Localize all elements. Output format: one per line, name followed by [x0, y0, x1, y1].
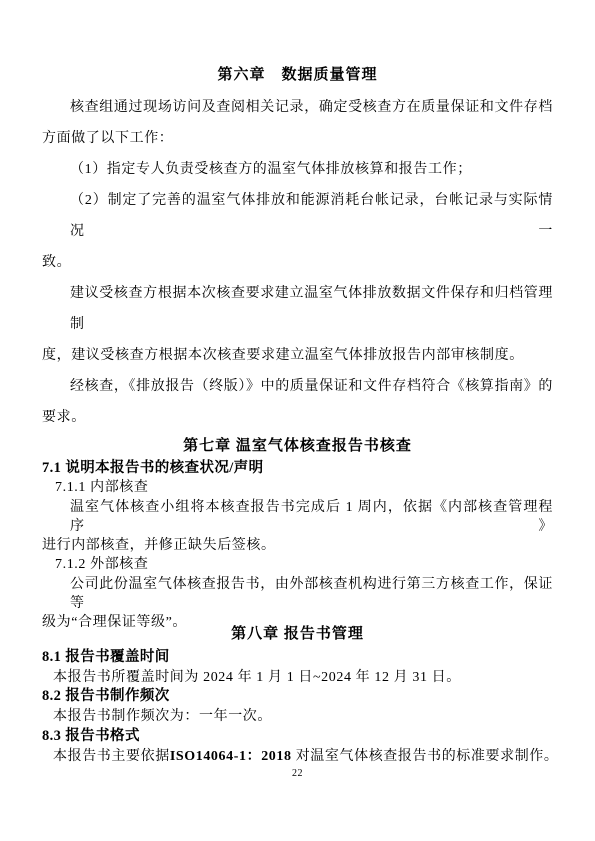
- section-7-1-1-heading: 7.1.1 内部核查: [42, 478, 553, 497]
- paragraph-line: 度，建议受核查方根据本次核查要求建立温室气体排放报告内部审核制度。: [42, 340, 553, 371]
- paragraph-text: 对温室气体核查报告书的标准要求制作。: [292, 749, 559, 764]
- paragraph-line: 温室气体核查小组将本核查报告书完成后 1 周内，依据《内部核查管理程序》: [42, 498, 553, 537]
- page-number: 22: [0, 768, 595, 779]
- paragraph-line: （2）制定了完善的温室气体排放和能源消耗台帐记录，台帐记录与实际情况一: [42, 185, 553, 247]
- section-8-2-heading: 8.2 报告书制作频次: [42, 687, 553, 707]
- paragraph-line: 本报告书主要依据ISO14064-1：2018 对温室气体核查报告书的标准要求制…: [42, 747, 553, 767]
- paragraph-line: 方面做了以下工作：: [42, 123, 553, 154]
- chapter8-body: 8.1 报告书覆盖时间 本报告书所覆盖时间为 2024 年 1 月 1 日~20…: [42, 648, 553, 766]
- section-7-1-heading: 7.1 说明本报告书的核查状况/声明: [42, 459, 553, 478]
- iso-standard-reference: ISO14064-1：2018: [170, 749, 292, 764]
- chapter6-heading: 第六章 数据质量管理: [42, 63, 553, 84]
- chapter7-heading: 第七章 温室气体核查报告书核查: [42, 434, 553, 455]
- paragraph-line: 公司此份温室气体核查报告书，由外部核查机构进行第三方核查工作，保证等: [42, 575, 553, 614]
- paragraph-line: 经核查，《排放报告（终版）》中的质量保证和文件存档符合《核算指南》的: [42, 371, 553, 402]
- chapter6-body: 核查组通过现场访问及查阅相关记录，确定受核查方在质量保证和文件存档 方面做了以下…: [42, 92, 553, 433]
- chapter7-body: 7.1 说明本报告书的核查状况/声明 7.1.1 内部核查 温室气体核查小组将本…: [42, 459, 553, 633]
- paragraph-line: 建议受核查方根据本次核查要求建立温室气体排放数据文件保存和归档管理制: [42, 278, 553, 340]
- paragraph-line: 致。: [42, 247, 553, 278]
- document-page: 第六章 数据质量管理 核查组通过现场访问及查阅相关记录，确定受核查方在质量保证和…: [0, 0, 595, 841]
- paragraph-line: （1）指定专人负责受核查方的温室气体排放核算和报告工作；: [42, 154, 553, 185]
- section-8-1-heading: 8.1 报告书覆盖时间: [42, 648, 553, 668]
- section-7-1-2-heading: 7.1.2 外部核查: [42, 555, 553, 574]
- chapter8-heading: 第八章 报告书管理: [42, 622, 553, 643]
- paragraph-line: 要求。: [42, 402, 553, 433]
- paragraph-line: 核查组通过现场访问及查阅相关记录，确定受核查方在质量保证和文件存档: [42, 92, 553, 123]
- paragraph-line: 本报告书制作频次为：一年一次。: [42, 707, 553, 727]
- paragraph-line: 进行内部核查，并修正缺失后签核。: [42, 536, 553, 555]
- section-8-3-heading: 8.3 报告书格式: [42, 727, 553, 747]
- paragraph-line: 本报告书所覆盖时间为 2024 年 1 月 1 日~2024 年 12 月 31…: [42, 668, 553, 688]
- paragraph-text: 本报告书主要依据: [53, 749, 170, 764]
